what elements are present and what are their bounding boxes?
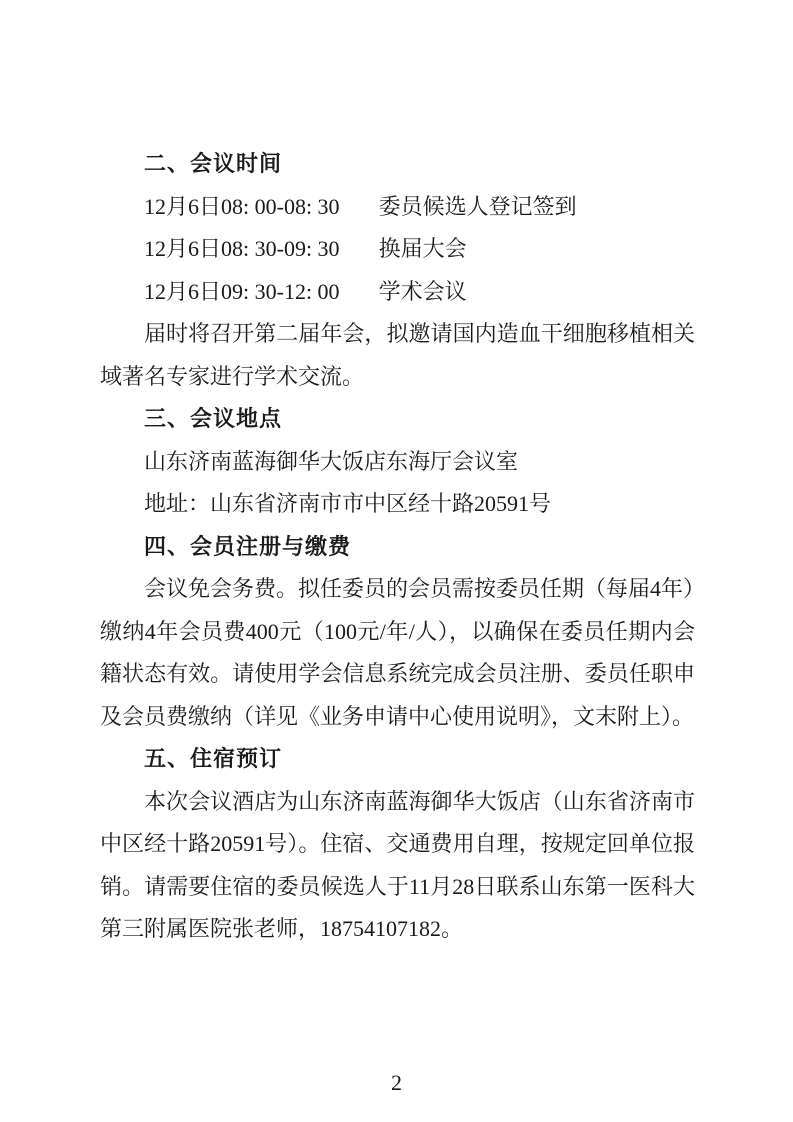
- body-line: 域著名专家进行学术交流。: [100, 356, 695, 399]
- body-line: 届时将召开第二届年会，拟邀请国内造血干细胞移植相关领: [100, 313, 695, 356]
- body-line: 缴纳4年会员费400元（100元/年/人），以确保在委员任期内会: [100, 611, 695, 654]
- body-line: 本次会议酒店为山东济南蓝海御华大饭店（山东省济南市市: [100, 781, 695, 824]
- body-line: 销。请需要住宿的委员候选人于11月28日联系山东第一医科大学: [100, 866, 695, 909]
- section-heading: 三、会议地点: [100, 398, 695, 441]
- body-line: 山东济南蓝海御华大饭店东海厅会议室: [100, 441, 695, 484]
- schedule-time: 12月6日08: 30-09: 30: [144, 236, 340, 261]
- schedule-line: 12月6日08: 30-09: 30换届大会: [100, 228, 695, 271]
- section-heading: 二、会议时间: [100, 143, 695, 186]
- schedule-time: 12月6日08: 00-08: 30: [144, 194, 340, 219]
- document-page: 二、会议时间12月6日08: 00-08: 30委员候选人登记签到12月6日08…: [0, 0, 793, 1122]
- schedule-event: 学术会议: [379, 279, 467, 304]
- schedule-time: 12月6日09: 30-12: 00: [144, 279, 340, 304]
- page-number: 2: [0, 1062, 793, 1104]
- schedule-line: 12月6日08: 00-08: 30委员候选人登记签到: [100, 186, 695, 229]
- document-body: 二、会议时间12月6日08: 00-08: 30委员候选人登记签到12月6日08…: [100, 143, 695, 951]
- body-line: 中区经十路20591号）。住宿、交通费用自理，按规定回单位报: [100, 823, 695, 866]
- schedule-event: 换届大会: [379, 236, 467, 261]
- body-line: 地址：山东省济南市市中区经十路20591号: [100, 483, 695, 526]
- body-line: 会议免会务费。拟任委员的会员需按委员任期（每届4年）: [100, 568, 695, 611]
- section-heading: 四、会员注册与缴费: [100, 526, 695, 569]
- body-line: 籍状态有效。请使用学会信息系统完成会员注册、委员任职申请: [100, 653, 695, 696]
- schedule-line: 12月6日09: 30-12: 00学术会议: [100, 271, 695, 314]
- section-heading: 五、住宿预订: [100, 738, 695, 781]
- schedule-event: 委员候选人登记签到: [379, 194, 577, 219]
- body-line: 及会员费缴纳（详见《业务申请中心使用说明》，文末附上）。: [100, 696, 695, 739]
- body-line: 第三附属医院张老师，18754107182。: [100, 908, 695, 951]
